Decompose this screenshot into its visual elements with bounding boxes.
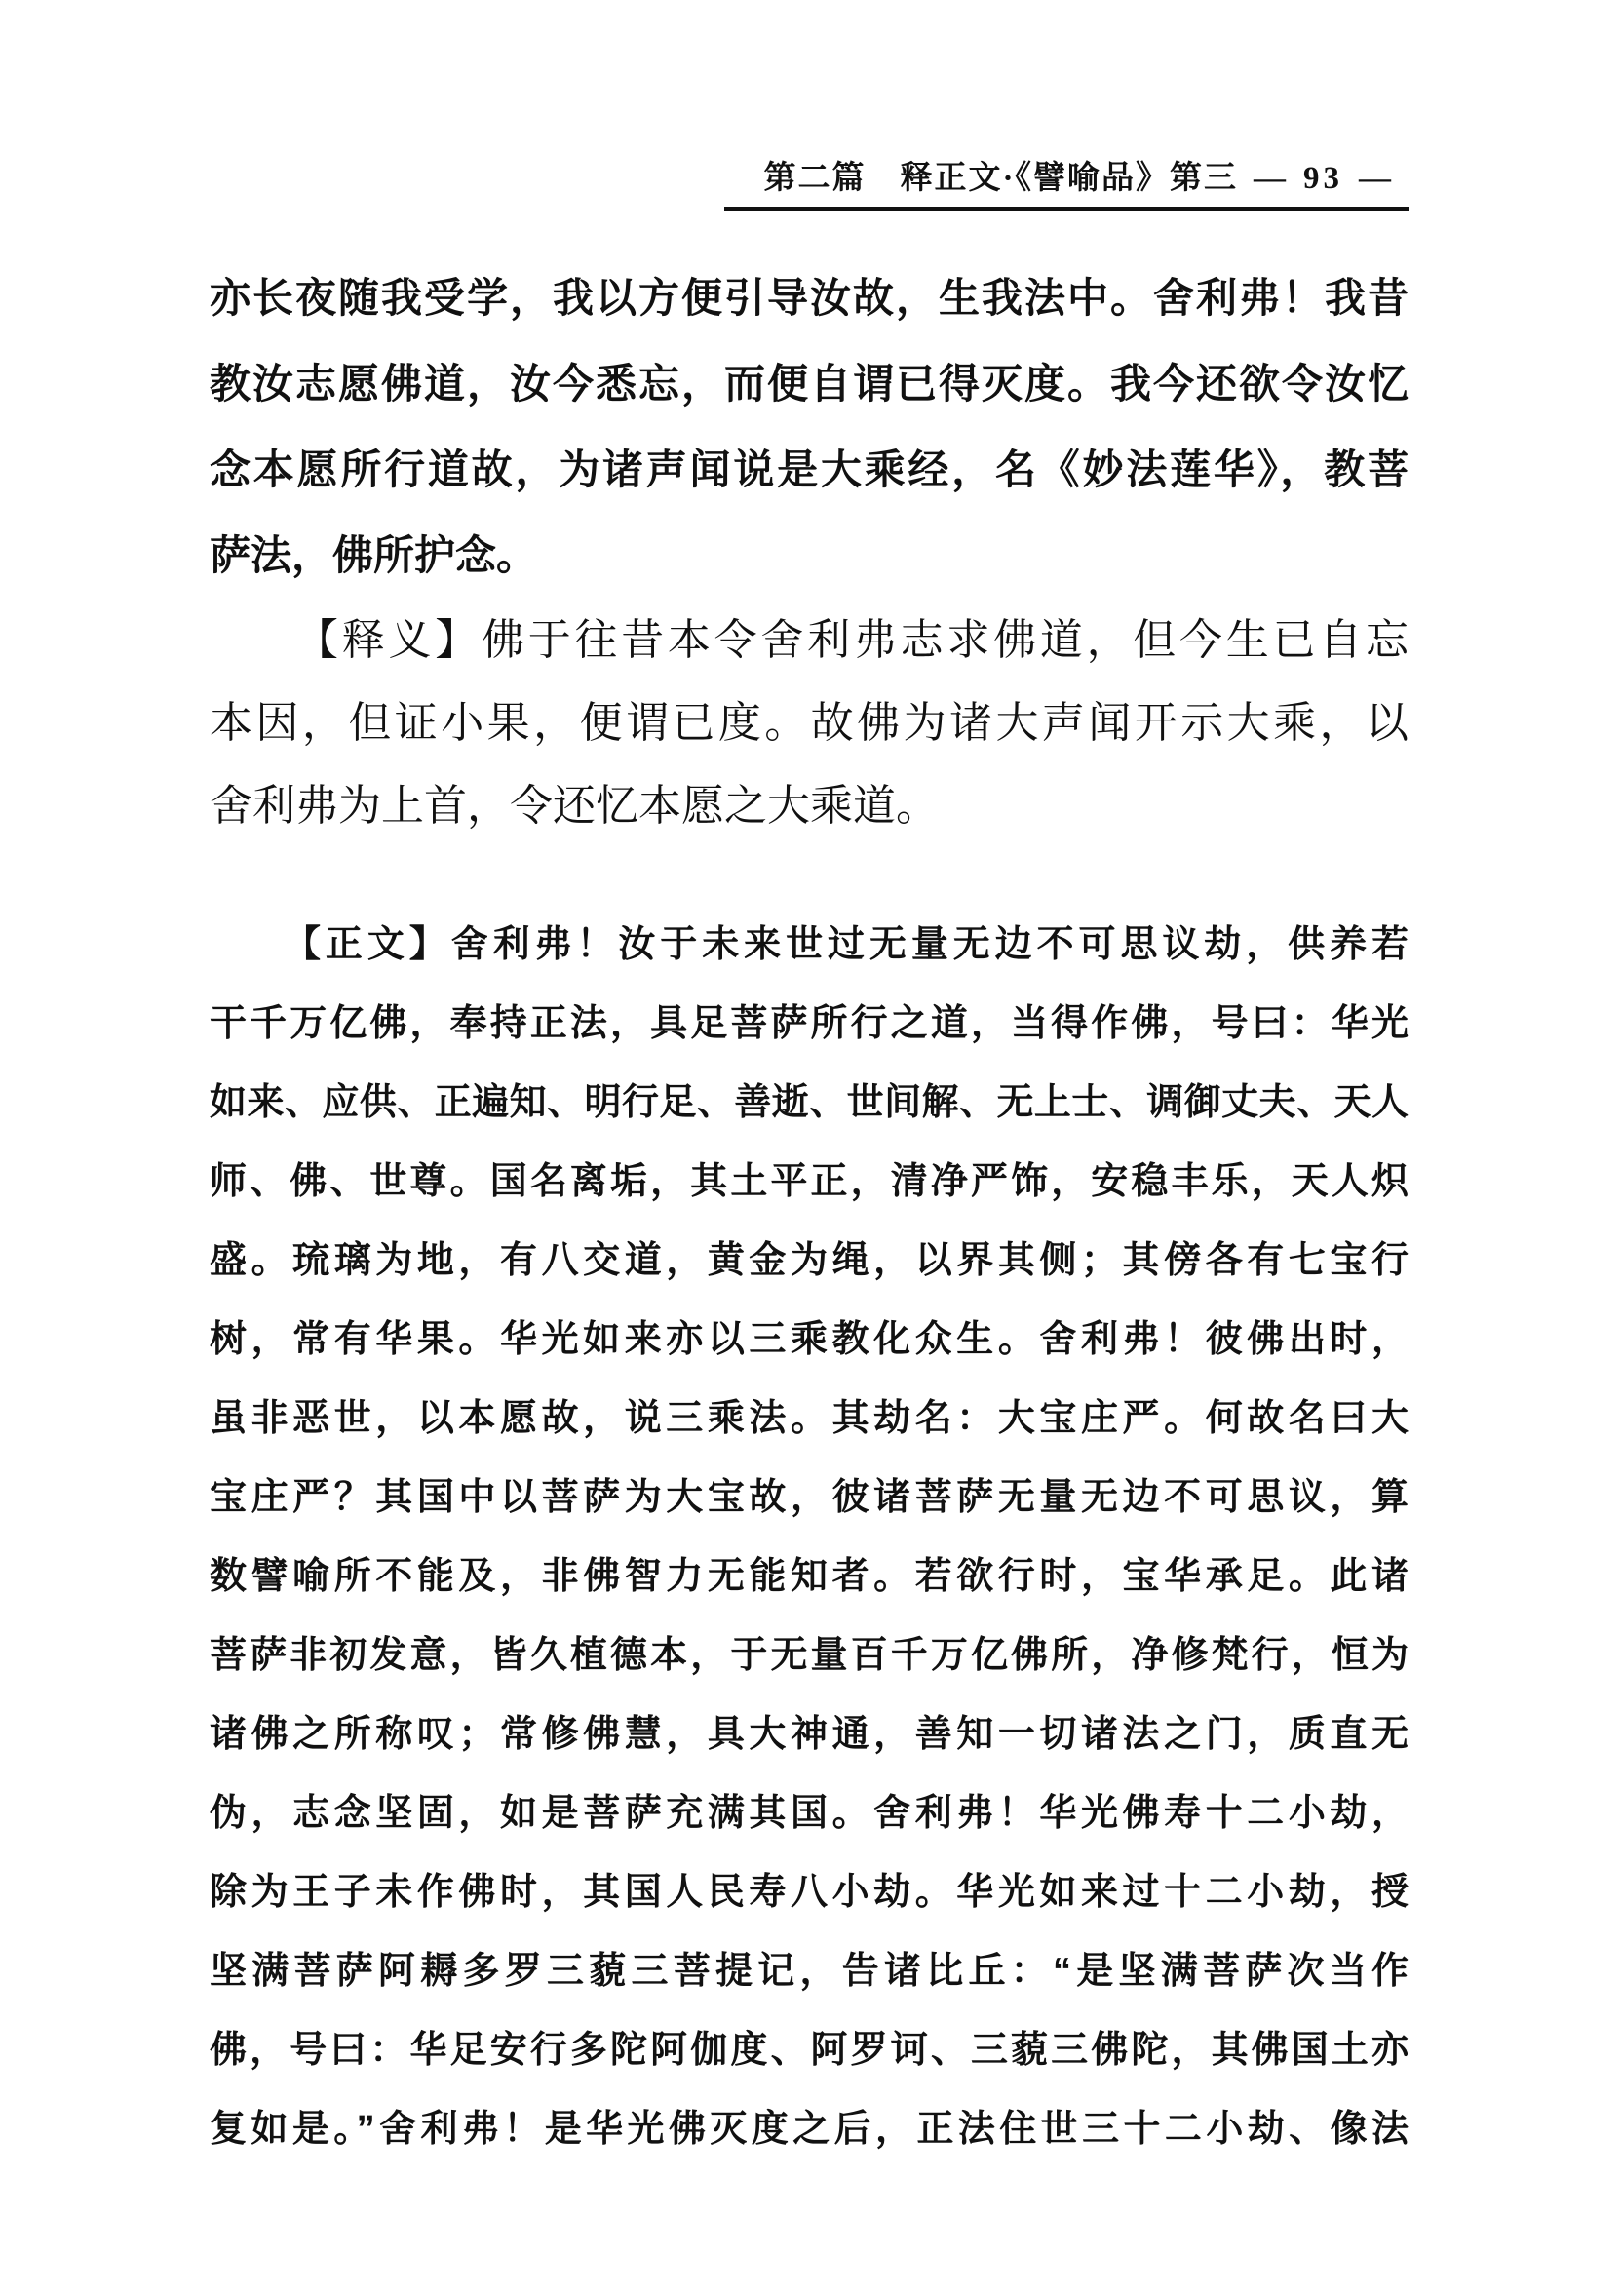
header-dash-right: — <box>1359 161 1393 196</box>
text-line: 树，常有华果。华光如来亦以三乘教化众生。舍利弗！彼佛出时， <box>210 1301 1409 1380</box>
text-line: 本因，但证小果，便谓已度。故佛为诸大声闻开示大乘，以 <box>210 681 1409 764</box>
text-line: 虽非恶世，以本愿故，说三乘法。其劫名：大宝庄严。何故名曰大 <box>210 1380 1409 1459</box>
text-line: 【正文】舍利弗！汝于未来世过无量无边不可思议劫，供养若 <box>210 906 1409 985</box>
page-header: 第二篇 释正文·《譬喻品》第三—93— <box>210 0 1409 199</box>
text-line: 舍利弗为上首，令还忆本愿之大乘道。 <box>210 764 1409 847</box>
text-line: 干千万亿佛，奉持正法，具足菩萨所行之道，当得作佛，号曰：华光 <box>210 985 1409 1064</box>
book-page: 第二篇 释正文·《譬喻品》第三—93— 亦长夜随我受学，我以方便引导汝故，生我法… <box>0 0 1622 2296</box>
text-line: 如来、应供、正遍知、明行足、善逝、世间解、无上士、调御丈夫、天人 <box>210 1064 1409 1143</box>
header-dash-left: — <box>1254 161 1288 196</box>
header-section-title: 第二篇 释正文·《譬喻品》第三 <box>763 161 1238 196</box>
text-line: 复如是。”舍利弗！是华光佛灭度之后，正法住世三十二小劫、像法 <box>210 2090 1409 2169</box>
paragraph-shiyi: 【释义】佛于往昔本令舍利弗志求佛道，但今生已自忘 本因，但证小果，便谓已度。故佛… <box>210 599 1409 847</box>
text-line: 【释义】佛于往昔本令舍利弗志求佛道，但今生已自忘 <box>210 599 1409 681</box>
paragraph-continuation: 亦长夜随我受学，我以方便引导汝故，生我法中。舍利弗！我昔 教汝志愿佛道，汝今悉忘… <box>210 255 1409 599</box>
text-line: 念本愿所行道故，为诸声闻说是大乘经，名《妙法莲华》，教菩 <box>210 427 1409 513</box>
text-line: 萨法，佛所护念。 <box>210 513 1409 599</box>
text-line: 师、佛、世尊。国名离垢，其土平正，清净严饰，安稳丰乐，天人炽 <box>210 1143 1409 1222</box>
header-rule <box>724 207 1409 211</box>
text-line: 亦长夜随我受学，我以方便引导汝故，生我法中。舍利弗！我昔 <box>210 255 1409 341</box>
text-line: 菩萨非初发意，皆久植德本，于无量百千万亿佛所，净修梵行，恒为 <box>210 1616 1409 1695</box>
text-line: 诸佛之所称叹；常修佛慧，具大神通，善知一切诸法之门，质直无 <box>210 1695 1409 1774</box>
text-line: 数譬喻所不能及，非佛智力无能知者。若欲行时，宝华承足。此诸 <box>210 1537 1409 1616</box>
text-line: 除为王子未作佛时，其国人民寿八小劫。华光如来过十二小劫，授 <box>210 1853 1409 1932</box>
text-line: 教汝志愿佛道，汝今悉忘，而便自谓已得灭度。我今还欲令汝忆 <box>210 341 1409 427</box>
text-line: 佛，号曰：华足安行多陀阿伽度、阿罗诃、三藐三佛陀，其佛国土亦 <box>210 2011 1409 2090</box>
text-line: 坚满菩萨阿耨多罗三藐三菩提记，告诸比丘：“是坚满菩萨次当作 <box>210 1932 1409 2011</box>
paragraph-zhengwen: 【正文】舍利弗！汝于未来世过无量无边不可思议劫，供养若 干千万亿佛，奉持正法，具… <box>210 906 1409 2169</box>
content-column: 第二篇 释正文·《譬喻品》第三—93— 亦长夜随我受学，我以方便引导汝故，生我法… <box>210 0 1409 2169</box>
page-number: 93 <box>1303 161 1343 196</box>
text-line: 宝庄严？其国中以菩萨为大宝故，彼诸菩萨无量无边不可思议，算 <box>210 1459 1409 1537</box>
section-gap <box>210 847 1409 906</box>
text-line: 伪，志念坚固，如是菩萨充满其国。舍利弗！华光佛寿十二小劫， <box>210 1774 1409 1853</box>
text-line: 盛。琉璃为地，有八交道，黄金为绳，以界其侧；其傍各有七宝行 <box>210 1222 1409 1301</box>
